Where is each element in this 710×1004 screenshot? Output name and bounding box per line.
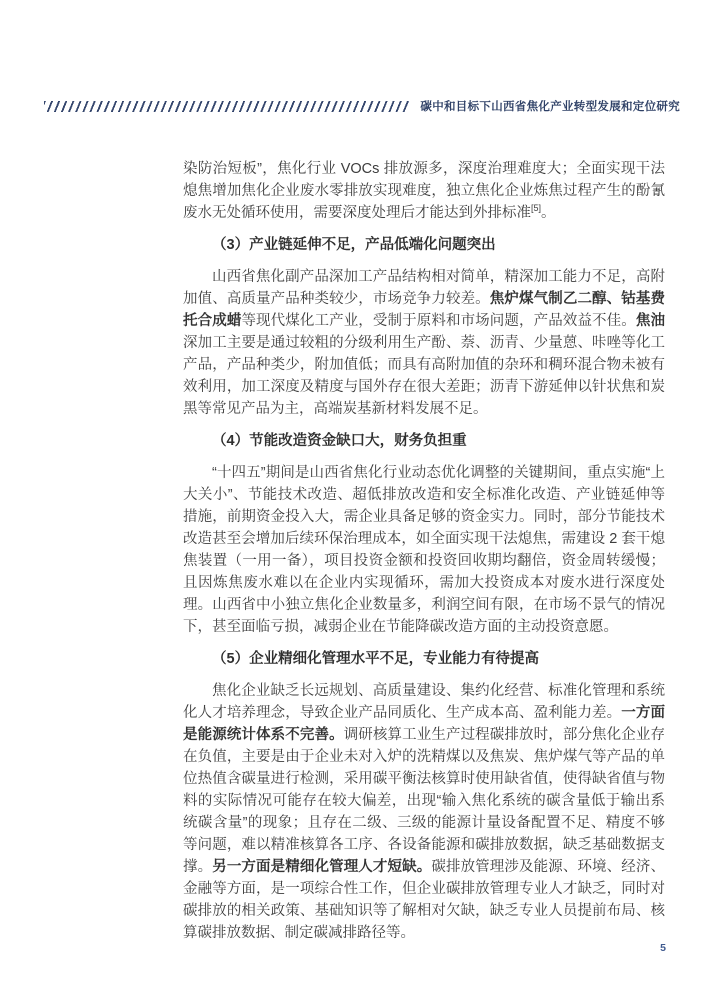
text-run: “十四五”期间是山西省焦化行业动态优化调整的关键期间，重点实施“上大关小”、节能… <box>183 465 665 635</box>
document-page: 碳中和目标下山西省焦化产业转型发展和定位研究 染防治短板”，焦化行业 VOCs … <box>0 0 710 1004</box>
page-number: 5 <box>660 942 666 954</box>
text-run: 等现代煤化工产业，受制于原料和市场问题，产品效益不佳。 <box>241 313 635 329</box>
text-run: 调研核算工业生产过程碳排放时，部分焦化企业存在负值，主要是由于企业未对入炉的洗精… <box>183 727 665 875</box>
paragraph: “十四五”期间是山西省焦化行业动态优化调整的关键期间，重点实施“上大关小”、节能… <box>183 462 665 638</box>
text-run: 焦化企业缺乏长远规划、高质量建设、集约化经营、标准化管理和系统化人才培养理念，导… <box>183 683 665 721</box>
paragraph: 山西省焦化副产品深加工产品结构相对简单，精深加工能力不足，高附加值、高质量产品种… <box>183 266 665 420</box>
paragraph: 焦化企业缺乏长远规划、高质量建设、集约化经营、标准化管理和系统化人才培养理念，导… <box>183 680 665 944</box>
page-header: 碳中和目标下山西省焦化产业转型发展和定位研究 <box>44 97 680 115</box>
running-head-title: 碳中和目标下山西省焦化产业转型发展和定位研究 <box>420 98 680 114</box>
section-heading: （4）节能改造资金缺口大，财务负担重 <box>183 430 665 452</box>
bold-text-run: 焦油 <box>636 313 665 329</box>
hatch-pattern-divider <box>44 101 410 112</box>
paragraph: 染防治短板”，焦化行业 VOCs 排放源多，深度治理难度大；全面实现干法熄焦增加… <box>183 158 665 224</box>
text-run: 染防治短板”，焦化行业 VOCs 排放源多，深度治理难度大；全面实现干法熄焦增加… <box>183 161 665 221</box>
page-footer: 5 <box>660 938 666 956</box>
text-run: 深加工主要是通过较粗的分级利用生产酚、萘、沥青、少量蒽、咔唑等化工产品，产品种类… <box>183 335 665 417</box>
bold-text-run: 另一方面是精细化管理人才短缺。 <box>212 859 431 875</box>
body-content: 染防治短板”，焦化行业 VOCs 排放源多，深度治理难度大；全面实现干法熄焦增加… <box>183 158 665 954</box>
section-heading: （3）产业链延伸不足，产品低端化问题突出 <box>183 234 665 256</box>
text-run: 。 <box>541 205 556 221</box>
section-heading: （5）企业精细化管理水平不足，专业能力有待提高 <box>183 648 665 670</box>
citation-ref: [5] <box>531 203 541 213</box>
